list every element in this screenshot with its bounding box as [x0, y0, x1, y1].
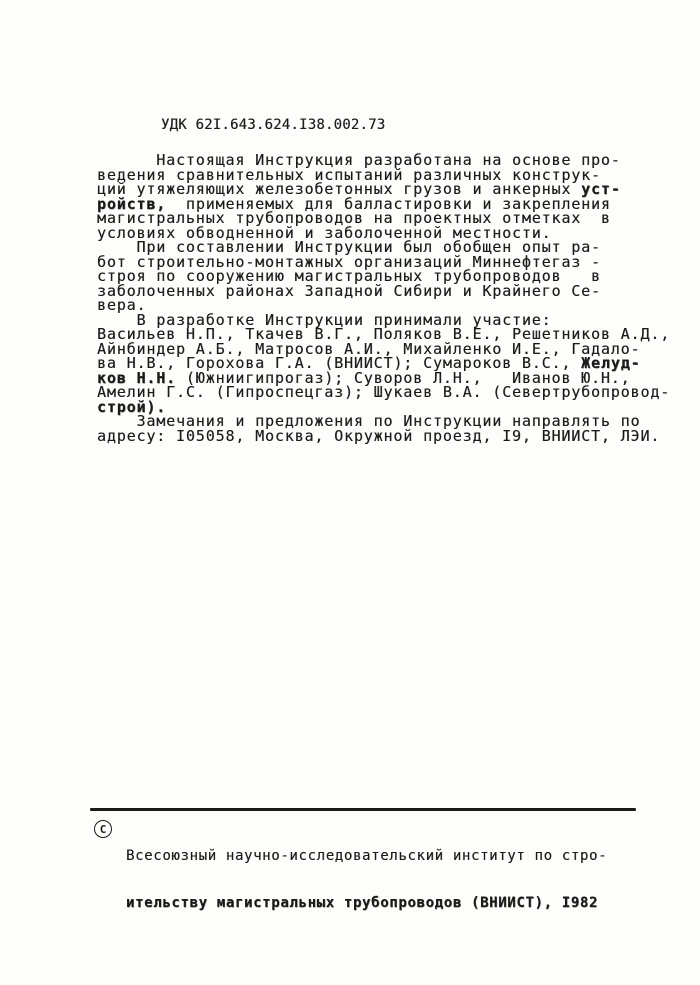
scanned-page: УДК 62I.643.624.I38.002.73 Настоящая Инс… — [0, 0, 700, 985]
document-body: Настоящая Инструкция разработана на осно… — [97, 153, 670, 443]
text-line: адресу: I05058, Москва, Окружной проезд,… — [97, 429, 670, 444]
copyright-line-2: ительству магистральных трубопроводов (В… — [126, 896, 607, 912]
text-line: Амелин Г.С. (Гипроспецгаз); Шукаев В.А. … — [97, 385, 670, 400]
copyright-icon: C — [94, 820, 112, 838]
copyright-line-1: Всесоюзный научно-исследовательский инст… — [126, 849, 607, 865]
text-segment: заболоченных районах Западной Сибири и К… — [97, 282, 601, 300]
text-segment: адресу: I05058, Москва, Окружной проезд,… — [97, 427, 660, 445]
text-segment: Амелин Г.С. (Гипроспецгаз); Шукаев В.А. … — [97, 383, 670, 401]
copyright-block: C Всесоюзный научно-исследовательский ин… — [94, 818, 607, 942]
text-line: заболоченных районах Западной Сибири и К… — [97, 284, 670, 299]
udc-number: УДК 62I.643.624.I38.002.73 — [161, 117, 385, 133]
footer-divider — [90, 808, 636, 811]
copyright-text: Всесоюзный научно-исследовательский инст… — [126, 818, 607, 942]
